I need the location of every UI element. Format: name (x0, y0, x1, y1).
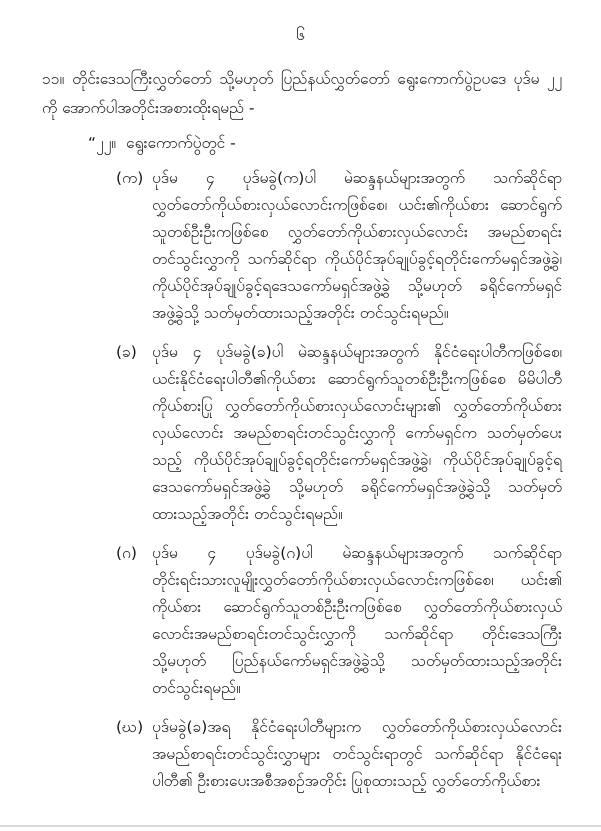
list-item-kha: (ခ) ပုဒ်မ ၄ ပုဒ်မခွဲ(ခ)ပါ မဲဆန္ဒနယ်များအ… (42, 339, 562, 528)
item-line: သည့် ကိုယ်ပိုင်အုပ်ချုပ်ခွင့်ရတိုင်းကော်… (152, 447, 562, 474)
item-body: ပုဒ်မခွဲ(ခ)အရ နိုင်ငံရေးပါတီများက လွှတ်တ… (152, 714, 562, 795)
page-number: ၆ (0, 24, 601, 46)
paragraph-line: ၁၁။တိုင်းဒေသကြီးလွှတ်တော် သို့မဟုတ် ပြည်… (42, 66, 562, 93)
item-label: (ဃ) (116, 714, 152, 795)
item-label: (ခ) (116, 339, 152, 528)
item-line: ထားသည့်အတိုင်း တင်သွင်းရမည်။ (152, 501, 562, 528)
item-line: သို့မဟုတ် ပြည်နယ်ကော်မရှင်အဖွဲ့ခွဲသို့ သ… (152, 648, 562, 675)
item-body: ပုဒ်မ ၄ ပုဒ်မခွဲ(ဂ)ပါ မဲဆန္ဒနယ်များအတွက်… (152, 540, 562, 702)
section-22-heading: “၂၂။ရွေးကောက်ပွဲတွင် - (88, 130, 562, 157)
item-line: လှယ်လောင်း အမည်စာရင်းတင်သွင်းလွှာကို ကော… (152, 420, 562, 447)
item-line: သူတစ်ဦးဦးကဖြစ်စေ လွှတ်တော်ကိုယ်စားလှယ်လေ… (152, 219, 562, 246)
item-line: ကိုယ်ပိုင်အုပ်ချုပ်ခွင့်ရဒေသကော်မရှင်အဖွ… (152, 273, 562, 300)
item-line: ကိုယ်စားပြု လွှတ်တော်ကိုယ်စားလှယ်လောင်းမ… (152, 393, 562, 420)
item-line: ပုဒ်မခွဲ(ခ)အရ နိုင်ငံရေးပါတီများက လွှတ်တ… (152, 714, 562, 741)
item-line: တင်သွင်းလွှာကို သက်ဆိုင်ရာ ကိုယ်ပိုင်အုပ… (152, 246, 562, 273)
item-label: (က) (116, 165, 152, 327)
section-title: ရွေးကောက်ပွဲတွင် - (126, 134, 236, 152)
item-line: လောင်းအမည်စာရင်းတင်သွင်းလွှာကို သက်ဆိုင်… (152, 621, 562, 648)
paragraph-11: ၁၁။တိုင်းဒေသကြီးလွှတ်တော် သို့မဟုတ် ပြည်… (42, 66, 562, 123)
list-item-gha: (ဃ) ပုဒ်မခွဲ(ခ)အရ နိုင်ငံရေးပါတီများက လွ… (42, 714, 562, 795)
item-line: ပါတီ၏ ဦးစားပေးအစီအစဉ်အတိုင်း ပြုစုထားသည့… (152, 768, 562, 795)
item-body: ပုဒ်မ ၄ ပုဒ်မခွဲ(ခ)ပါ မဲဆန္ဒနယ်များအတွက်… (152, 339, 562, 528)
item-line: ယင်းနိုင်ငံရေးပါတီ၏ကိုယ်စား ဆောင်ရွက်သူတ… (152, 366, 562, 393)
section-number: “၂၂။ (88, 134, 126, 152)
paragraph-number: ၁၁။ (42, 70, 72, 88)
item-line: တိုင်းရင်းသားလူမျိုးလွှတ်တော်ကိုယ်စားလှယ… (152, 567, 562, 594)
item-line: အမည်စာရင်းတင်သွင်းလွှာများ တင်သွင်းရာတွင… (152, 741, 562, 768)
paragraph-text: တိုင်းဒေသကြီးလွှတ်တော် သို့မဟုတ် ပြည်နယ်… (72, 70, 562, 88)
list-item-ga: (ဂ) ပုဒ်မ ၄ ပုဒ်မခွဲ(ဂ)ပါ မဲဆန္ဒနယ်များအ… (42, 540, 562, 702)
paragraph-line: ကို အောက်ပါအတိုင်းအစားထိုးရမည် - (42, 93, 562, 123)
item-line: ပုဒ်မ ၄ ပုဒ်မခွဲ(က)ပါ မဲဆန္ဒနယ်များအတွက်… (152, 165, 562, 192)
item-body: ပုဒ်မ ၄ ပုဒ်မခွဲ(က)ပါ မဲဆန္ဒနယ်များအတွက်… (152, 165, 562, 327)
page-bottom-edge (0, 825, 601, 827)
item-line: ဒေသကော်မရှင်အဖွဲ့ခွဲ သို့မဟုတ် ခရိုင်ကော… (152, 474, 562, 501)
list-item-ka: (က) ပုဒ်မ ၄ ပုဒ်မခွဲ(က)ပါ မဲဆန္ဒနယ်များအ… (42, 165, 562, 327)
item-line: ကိုယ်စား ဆောင်ရွက်သူတစ်ဦးဦးကဖြစ်စေ လွှတ်… (152, 594, 562, 621)
item-line: ပုဒ်မ ၄ ပုဒ်မခွဲ(ခ)ပါ မဲဆန္ဒနယ်များအတွက်… (152, 339, 562, 366)
section-22-items: (က) ပုဒ်မ ၄ ပုဒ်မခွဲ(က)ပါ မဲဆန္ဒနယ်များအ… (42, 165, 562, 807)
item-line: လွှတ်တော်ကိုယ်စားလှယ်လောင်းကဖြစ်စေ၊ ယင်း… (152, 192, 562, 219)
item-line: ပုဒ်မ ၄ ပုဒ်မခွဲ(ဂ)ပါ မဲဆန္ဒနယ်များအတွက်… (152, 540, 562, 567)
document-page: ၆ ၁၁။တိုင်းဒေသကြီးလွှတ်တော် သို့မဟုတ် ပြ… (0, 0, 601, 831)
item-line: တင်သွင်းရမည်။ (152, 675, 562, 702)
item-label: (ဂ) (116, 540, 152, 702)
item-line: အဖွဲ့ခွဲသို့ သတ်မှတ်ထားသည့်အတိုင်း တင်သွ… (152, 300, 562, 327)
